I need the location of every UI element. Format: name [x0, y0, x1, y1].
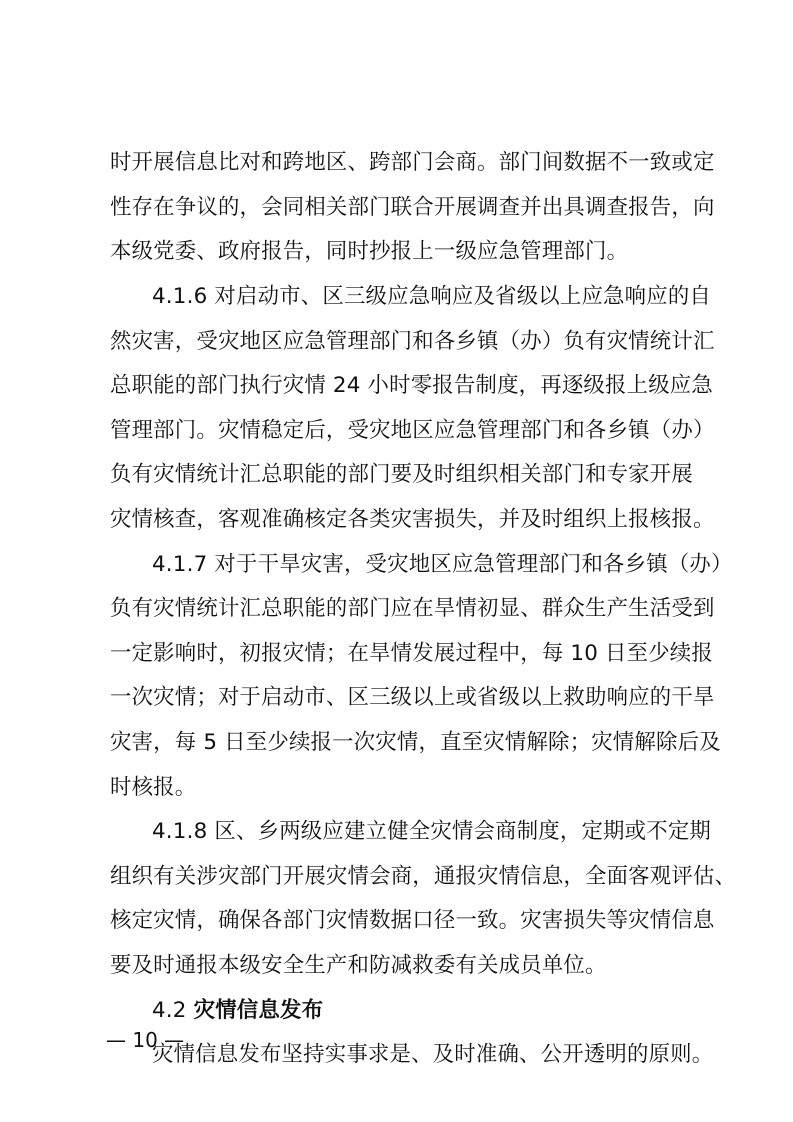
- document-page: 时开展信息比对和跨地区、跨部门会商。部门间数据不一致或定 性存在争议的，会同相关…: [0, 0, 793, 1122]
- section-heading: 4.2 灾情信息发布: [152, 996, 700, 1026]
- paragraph-line: 组织有关涉灾部门开展灾情会商，通报灾情信息，全面客观评估、: [110, 862, 700, 892]
- paragraph-line: 负有灾情统计汇总职能的部门应在旱情初显、群众生产生活受到: [110, 594, 700, 624]
- paragraph-line: 时核报。: [110, 773, 700, 803]
- paragraph-line: 时开展信息比对和跨地区、跨部门会商。部门间数据不一致或定: [110, 148, 700, 178]
- paragraph-line: 灾情核查，客观准确核定各类灾害损失，并及时组织上报核报。: [110, 505, 700, 535]
- paragraph-line: 本级党委、政府报告，同时抄报上一级应急管理部门。: [110, 237, 700, 267]
- page-number: — 10 —: [106, 1027, 184, 1053]
- paragraph-line: 核定灾情，确保各部门灾情数据口径一致。灾害损失等灾情信息: [110, 906, 700, 936]
- paragraph-line: 灾害，每 5 日至少续报一次灾情，直至灾情解除；灾情解除后及: [110, 728, 700, 758]
- clause-4-1-6-start: 4.1.6 对启动市、区三级应急响应及省级以上应急响应的自: [152, 282, 700, 312]
- section-title: 灾情信息发布: [194, 998, 324, 1023]
- paragraph-line: 一次灾情；对于启动市、区三级以上或省级以上救助响应的干旱: [110, 683, 700, 713]
- paragraph-line: 要及时通报本级安全生产和防减救委有关成员单位。: [110, 951, 700, 981]
- section-number: 4.2: [152, 998, 187, 1023]
- paragraph-line: 管理部门。灾情稳定后，受灾地区应急管理部门和各乡镇（办）: [110, 416, 700, 446]
- paragraph-line: 一定影响时，初报灾情；在旱情发展过程中，每 10 日至少续报: [110, 639, 700, 669]
- closing-line: 灾情信息发布坚持实事求是、及时准确、公开透明的原则。: [152, 1040, 700, 1070]
- paragraph-line: 负有灾情统计汇总职能的部门要及时组织相关部门和专家开展: [110, 460, 700, 490]
- paragraph-line: 然灾害，受灾地区应急管理部门和各乡镇（办）负有灾情统计汇: [110, 327, 700, 357]
- paragraph-line: 总职能的部门执行灾情 24 小时零报告制度，再逐级报上级应急: [110, 371, 700, 401]
- paragraph-line: 性存在争议的，会同相关部门联合开展调查并出具调查报告，向: [110, 193, 700, 223]
- clause-4-1-7-start: 4.1.7 对于干旱灾害，受灾地区应急管理部门和各乡镇（办）: [152, 550, 700, 580]
- clause-4-1-8-start: 4.1.8 区、乡两级应建立健全灾情会商制度，定期或不定期: [152, 817, 700, 847]
